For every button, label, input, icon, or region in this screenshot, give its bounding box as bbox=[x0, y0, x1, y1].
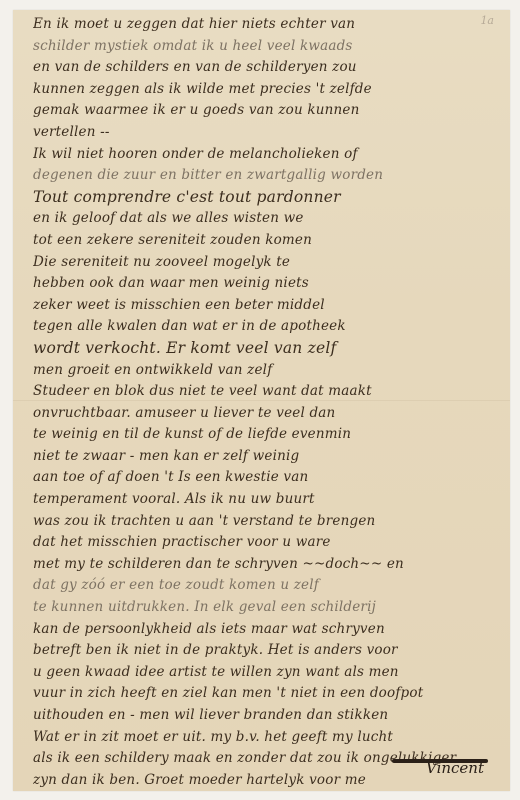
text-line: schilder mystiek omdat ik u heel veel kw… bbox=[33, 36, 496, 58]
letter-page: 1a En ik moet u zeggen dat hier niets ec… bbox=[13, 10, 510, 791]
text-line: Wat er in zit moet er uit. my b.v. het g… bbox=[33, 727, 496, 749]
text-line: Tout comprendre c'est tout pardonner bbox=[33, 187, 496, 209]
text-line: vertellen -- bbox=[33, 122, 496, 144]
text-line: uithouden en - men wil liever branden da… bbox=[33, 705, 496, 727]
text-line: en van de schilders en van de schilderye… bbox=[33, 57, 496, 79]
text-line: zeker weet is misschien een beter middel bbox=[33, 295, 496, 317]
text-line: Die sereniteit nu zooveel mogelyk te bbox=[33, 252, 496, 274]
text-line: met my te schilderen dan te schryven ~~d… bbox=[33, 554, 496, 576]
text-line: En ik moet u zeggen dat hier niets echte… bbox=[33, 14, 496, 36]
text-line: kan de persoonlykheid als iets maar wat … bbox=[33, 619, 496, 641]
handwritten-text: En ik moet u zeggen dat hier niets echte… bbox=[33, 14, 496, 791]
text-line: Studeer en blok dus niet te veel want da… bbox=[33, 381, 496, 403]
text-line: Ik wil niet hooren onder de melancholiek… bbox=[33, 144, 496, 166]
signature: Vincent bbox=[426, 759, 484, 777]
text-line: men groeit en ontwikkeld van zelf bbox=[33, 360, 496, 382]
text-line: onvruchtbaar. amuseer u liever te veel d… bbox=[33, 403, 496, 425]
text-line: temperament vooral. Als ik nu uw buurt bbox=[33, 489, 496, 511]
text-line: betreft ben ik niet in de praktyk. Het i… bbox=[33, 640, 496, 662]
text-line: niet te zwaar - men kan er zelf weinig bbox=[33, 446, 496, 468]
text-line: en ik geloof dat als we alles wisten we bbox=[33, 208, 496, 230]
text-line: wordt verkocht. Er komt veel van zelf bbox=[33, 338, 496, 360]
text-line: dat gy zóó er een toe zoudt komen u zelf bbox=[33, 575, 496, 597]
text-line: hebben ook dan waar men weinig niets bbox=[33, 273, 496, 295]
text-line: aan toe of af doen 't Is een kwestie van bbox=[33, 467, 496, 489]
text-line: tot een zekere sereniteit zouden komen bbox=[33, 230, 496, 252]
text-line: dat het misschien practischer voor u war… bbox=[33, 532, 496, 554]
text-line: was zou ik trachten u aan 't verstand te… bbox=[33, 511, 496, 533]
text-line: te weinig en til de kunst of de liefde e… bbox=[33, 424, 496, 446]
text-line: u geen kwaad idee artist te willen zyn w… bbox=[33, 662, 496, 684]
text-line: te kunnen uitdrukken. In elk geval een s… bbox=[33, 597, 496, 619]
text-line: degenen die zuur en bitter en zwartgalli… bbox=[33, 165, 496, 187]
text-line: tegen alle kwalen dan wat er in de apoth… bbox=[33, 316, 496, 338]
text-line: vuur in zich heeft en ziel kan men 't ni… bbox=[33, 683, 496, 705]
text-line: kunnen zeggen als ik wilde met precies '… bbox=[33, 79, 496, 101]
text-line: gemak waarmee ik er u goeds van zou kunn… bbox=[33, 100, 496, 122]
